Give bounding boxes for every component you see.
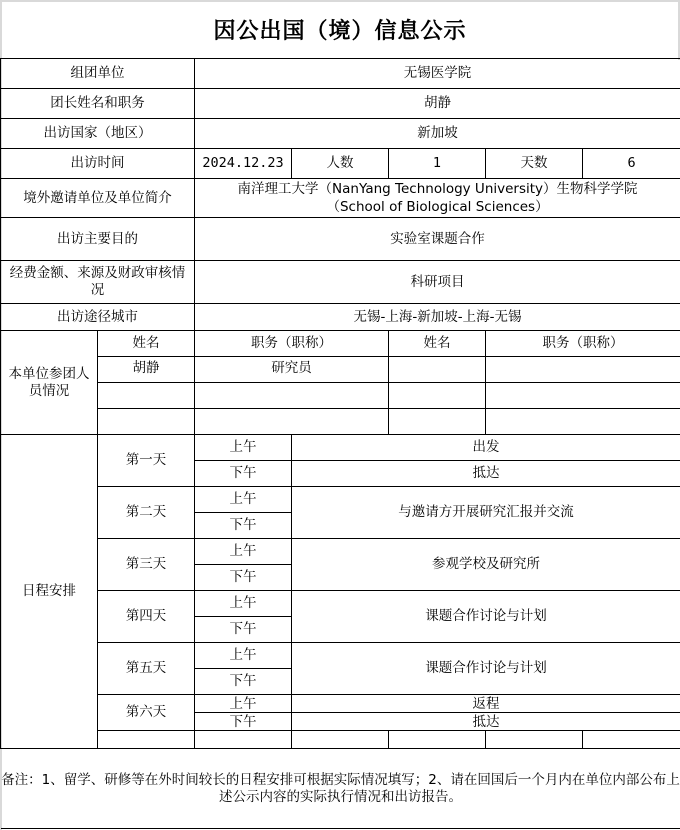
schedule-row: 第六天 上午 返程: [1, 695, 680, 713]
schedule-activity[interactable]: 返程: [292, 695, 680, 713]
row-leader: 团长姓名和职务 胡静: [1, 89, 680, 119]
schedule-activity[interactable]: 课题合作讨论与计划: [292, 591, 680, 643]
org-unit-label: 组团单位: [1, 59, 195, 89]
blank-cell[interactable]: [389, 731, 486, 749]
schedule-activity[interactable]: 出发: [292, 435, 680, 461]
member-row: [1, 383, 680, 409]
member-title-cell[interactable]: [486, 357, 680, 383]
days-count-value[interactable]: 6: [583, 149, 680, 179]
remarks-row: 备注：1、留学、研修等在外时间较长的日程安排可根据实际情况填写；2、请在回国后一…: [1, 749, 680, 829]
schedule-activity[interactable]: 课题合作讨论与计划: [292, 643, 680, 695]
pm-label: 下午: [195, 565, 292, 591]
info-table: 组团单位 无锡医学院 团长姓名和职务 胡静 出访国家（地区） 新加坡 出访时间 …: [0, 58, 680, 829]
pm-label: 下午: [195, 461, 292, 487]
members-header-row: 本单位参团人员情况 姓名 职务（职称） 姓名 职务（职称）: [1, 331, 680, 357]
org-unit-value[interactable]: 无锡医学院: [195, 59, 680, 89]
schedule-row: 第五天 上午 课题合作讨论与计划: [1, 643, 680, 669]
schedule-day: 第一天: [98, 435, 195, 487]
members-header-name-2: 姓名: [389, 331, 486, 357]
country-value[interactable]: 新加坡: [195, 119, 680, 149]
members-header-title-1: 职务（职称）: [195, 331, 389, 357]
am-label: 上午: [195, 487, 292, 513]
disclosure-sheet: 因公出国（境）信息公示 组团单位 无锡医学院 团长姓名和职务 胡静 出访国家（地…: [0, 0, 680, 830]
page-title: 因公出国（境）信息公示: [0, 0, 680, 58]
am-label: 上午: [195, 539, 292, 565]
people-count-label: 人数: [292, 149, 389, 179]
member-title-cell[interactable]: [195, 383, 389, 409]
purpose-value[interactable]: 实验室课题合作: [195, 218, 680, 261]
visit-date-value[interactable]: 2024.12.23: [195, 149, 292, 179]
member-name-cell[interactable]: [389, 383, 486, 409]
schedule-row: 第三天 上午 参观学校及研究所: [1, 539, 680, 565]
schedule-row: 第四天 上午 课题合作讨论与计划: [1, 591, 680, 617]
schedule-label: 日程安排: [1, 435, 98, 749]
blank-cell[interactable]: [486, 731, 583, 749]
funding-label: 经费金额、来源及财政审核情况: [1, 261, 195, 304]
schedule-day: 第三天: [98, 539, 195, 591]
schedule-activity[interactable]: 参观学校及研究所: [292, 539, 680, 591]
schedule-blank-row: [1, 731, 680, 749]
pm-label: 下午: [195, 669, 292, 695]
country-label: 出访国家（地区）: [1, 119, 195, 149]
am-label: 上午: [195, 695, 292, 713]
row-org-unit: 组团单位 无锡医学院: [1, 59, 680, 89]
member-name-cell[interactable]: [98, 383, 195, 409]
schedule-day: 第二天: [98, 487, 195, 539]
blank-cell[interactable]: [583, 731, 680, 749]
inviter-value-line1: 南洋理工大学（NanYang Technology University）生物科…: [195, 180, 680, 198]
row-purpose: 出访主要目的 实验室课题合作: [1, 218, 680, 261]
schedule-row: 第二天 上午 与邀请方开展研究汇报并交流: [1, 487, 680, 513]
schedule-day: 第六天: [98, 695, 195, 731]
member-title-cell[interactable]: [195, 409, 389, 435]
days-count-label: 天数: [486, 149, 583, 179]
blank-cell[interactable]: [195, 731, 292, 749]
member-name-cell[interactable]: [98, 409, 195, 435]
route-label: 出访途径城市: [1, 304, 195, 331]
inviter-value-line2: （School of Biological Sciences）: [195, 198, 680, 216]
member-row: [1, 409, 680, 435]
inviter-value[interactable]: 南洋理工大学（NanYang Technology University）生物科…: [195, 179, 680, 218]
schedule-day: 第五天: [98, 643, 195, 695]
pm-label: 下午: [195, 713, 292, 731]
route-value[interactable]: 无锡-上海-新加坡-上海-无锡: [195, 304, 680, 331]
pm-label: 下午: [195, 513, 292, 539]
members-label: 本单位参团人员情况: [1, 331, 98, 435]
blank-cell[interactable]: [292, 731, 389, 749]
schedule-day: 第四天: [98, 591, 195, 643]
member-name-cell[interactable]: [389, 409, 486, 435]
member-name-cell[interactable]: 胡静: [98, 357, 195, 383]
member-title-cell[interactable]: [486, 409, 680, 435]
row-route: 出访途径城市 无锡-上海-新加坡-上海-无锡: [1, 304, 680, 331]
member-title-cell[interactable]: 研究员: [195, 357, 389, 383]
schedule-row: 日程安排 第一天 上午 出发: [1, 435, 680, 461]
visit-time-label: 出访时间: [1, 149, 195, 179]
member-title-cell[interactable]: [486, 383, 680, 409]
purpose-label: 出访主要目的: [1, 218, 195, 261]
member-row: 胡静 研究员: [1, 357, 680, 383]
schedule-activity[interactable]: 抵达: [292, 461, 680, 487]
schedule-activity[interactable]: 与邀请方开展研究汇报并交流: [292, 487, 680, 539]
member-name-cell[interactable]: [389, 357, 486, 383]
pm-label: 下午: [195, 617, 292, 643]
inviter-label: 境外邀请单位及单位简介: [1, 179, 195, 218]
leader-label: 团长姓名和职务: [1, 89, 195, 119]
row-funding: 经费金额、来源及财政审核情况 科研项目: [1, 261, 680, 304]
am-label: 上午: [195, 591, 292, 617]
am-label: 上午: [195, 435, 292, 461]
blank-cell[interactable]: [98, 731, 195, 749]
row-country: 出访国家（地区） 新加坡: [1, 119, 680, 149]
row-visit-time: 出访时间 2024.12.23 人数 1 天数 6: [1, 149, 680, 179]
members-header-title-2: 职务（职称）: [486, 331, 680, 357]
schedule-activity[interactable]: 抵达: [292, 713, 680, 731]
members-header-name-1: 姓名: [98, 331, 195, 357]
leader-value[interactable]: 胡静: [195, 89, 680, 119]
funding-value[interactable]: 科研项目: [195, 261, 680, 304]
people-count-value[interactable]: 1: [389, 149, 486, 179]
row-inviter: 境外邀请单位及单位简介 南洋理工大学（NanYang Technology Un…: [1, 179, 680, 218]
am-label: 上午: [195, 643, 292, 669]
remarks-text: 备注：1、留学、研修等在外时间较长的日程安排可根据实际情况填写；2、请在回国后一…: [1, 749, 680, 829]
